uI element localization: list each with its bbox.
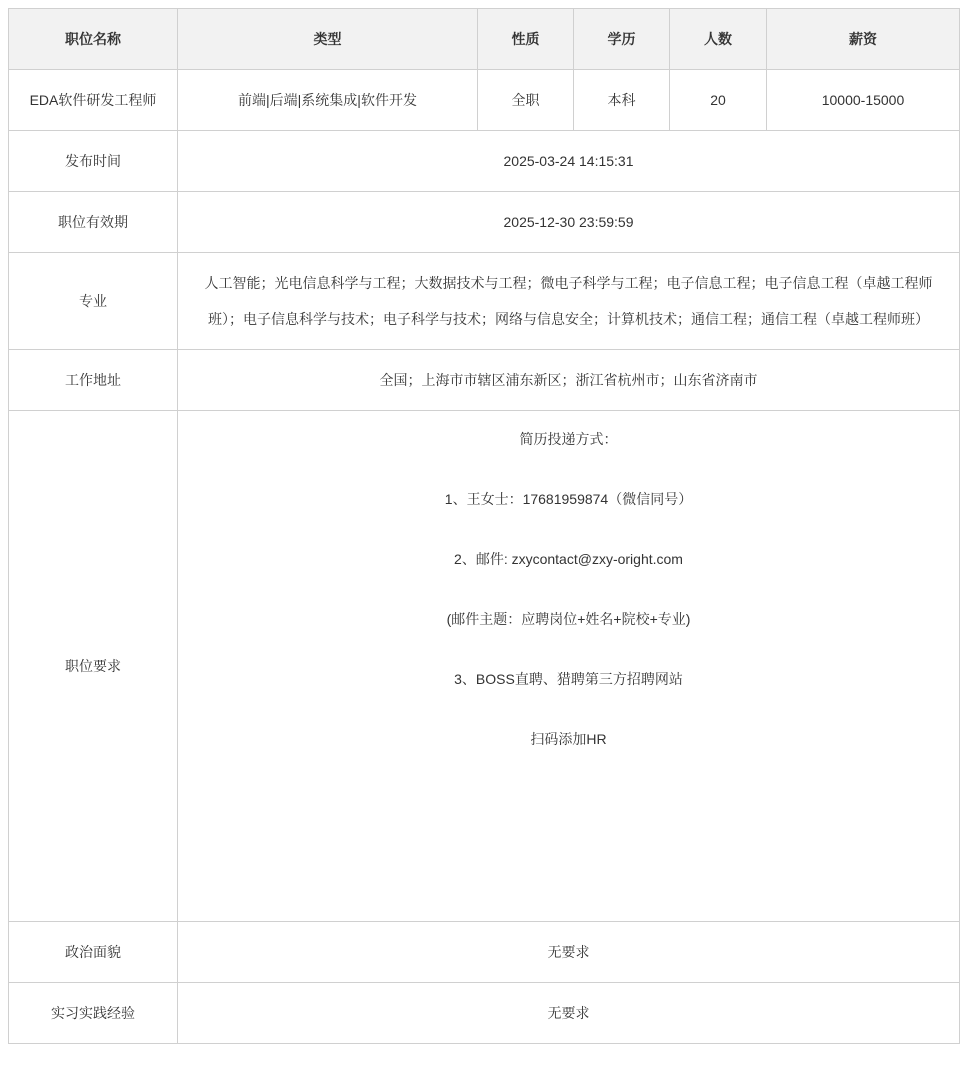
header-salary: 薪资 (767, 9, 960, 70)
location-label: 工作地址 (9, 350, 178, 411)
job-nature: 全职 (478, 70, 574, 131)
header-job-title: 职位名称 (9, 9, 178, 70)
requirements-row: 职位要求 简历投递方式： 1、王女士：17681959874（微信同号） 2、邮… (9, 411, 960, 922)
publish-time-row: 发布时间 2025-03-24 14:15:31 (9, 131, 960, 192)
internship-label: 实习实践经验 (9, 983, 178, 1044)
job-type: 前端|后端|系统集成|软件开发 (178, 70, 478, 131)
political-label: 政治面貌 (9, 922, 178, 983)
location-row: 工作地址 全国；上海市市辖区浦东新区；浙江省杭州市；山东省济南市 (9, 350, 960, 411)
political-value: 无要求 (178, 922, 960, 983)
job-detail-container: 职位名称 类型 性质 学历 人数 薪资 EDA软件研发工程师 前端|后端|系统集… (8, 8, 960, 1044)
header-type: 类型 (178, 9, 478, 70)
major-row: 专业 人工智能；光电信息科学与工程；大数据技术与工程；微电子科学与工程；电子信息… (9, 253, 960, 350)
resume-method-heading: 简历投递方式： (192, 421, 945, 457)
table-header-row: 职位名称 类型 性质 学历 人数 薪资 (9, 9, 960, 70)
job-detail-table: 职位名称 类型 性质 学历 人数 薪资 EDA软件研发工程师 前端|后端|系统集… (8, 8, 960, 1044)
political-row: 政治面貌 无要求 (9, 922, 960, 983)
header-education: 学历 (574, 9, 670, 70)
valid-until-row: 职位有效期 2025-12-30 23:59:59 (9, 192, 960, 253)
contact-email: 2、邮件: zxycontact@zxy-oright.com (192, 541, 945, 577)
contact-phone: 1、王女士：17681959874（微信同号） (192, 481, 945, 517)
valid-until-value: 2025-12-30 23:59:59 (178, 192, 960, 253)
job-salary: 10000-15000 (767, 70, 960, 131)
job-education: 本科 (574, 70, 670, 131)
scan-qr-hint: 扫码添加HR (192, 721, 945, 757)
job-title: EDA软件研发工程师 (9, 70, 178, 131)
publish-time-value: 2025-03-24 14:15:31 (178, 131, 960, 192)
location-value: 全国；上海市市辖区浦东新区；浙江省杭州市；山东省济南市 (178, 350, 960, 411)
job-headcount: 20 (670, 70, 767, 131)
header-nature: 性质 (478, 9, 574, 70)
publish-time-label: 发布时间 (9, 131, 178, 192)
internship-row: 实习实践经验 无要求 (9, 983, 960, 1044)
header-headcount: 人数 (670, 9, 767, 70)
requirements-label: 职位要求 (9, 411, 178, 922)
email-subject-format: (邮件主题：应聘岗位+姓名+院校+专业) (192, 601, 945, 637)
requirements-value: 简历投递方式： 1、王女士：17681959874（微信同号） 2、邮件: zx… (178, 411, 960, 922)
job-summary-row: EDA软件研发工程师 前端|后端|系统集成|软件开发 全职 本科 20 1000… (9, 70, 960, 131)
major-label: 专业 (9, 253, 178, 350)
third-party-sites: 3、BOSS直聘、猎聘第三方招聘网站 (192, 661, 945, 697)
hr-qr-code-image (192, 781, 945, 921)
valid-until-label: 职位有效期 (9, 192, 178, 253)
internship-value: 无要求 (178, 983, 960, 1044)
major-value: 人工智能；光电信息科学与工程；大数据技术与工程；微电子科学与工程；电子信息工程；… (178, 253, 960, 350)
